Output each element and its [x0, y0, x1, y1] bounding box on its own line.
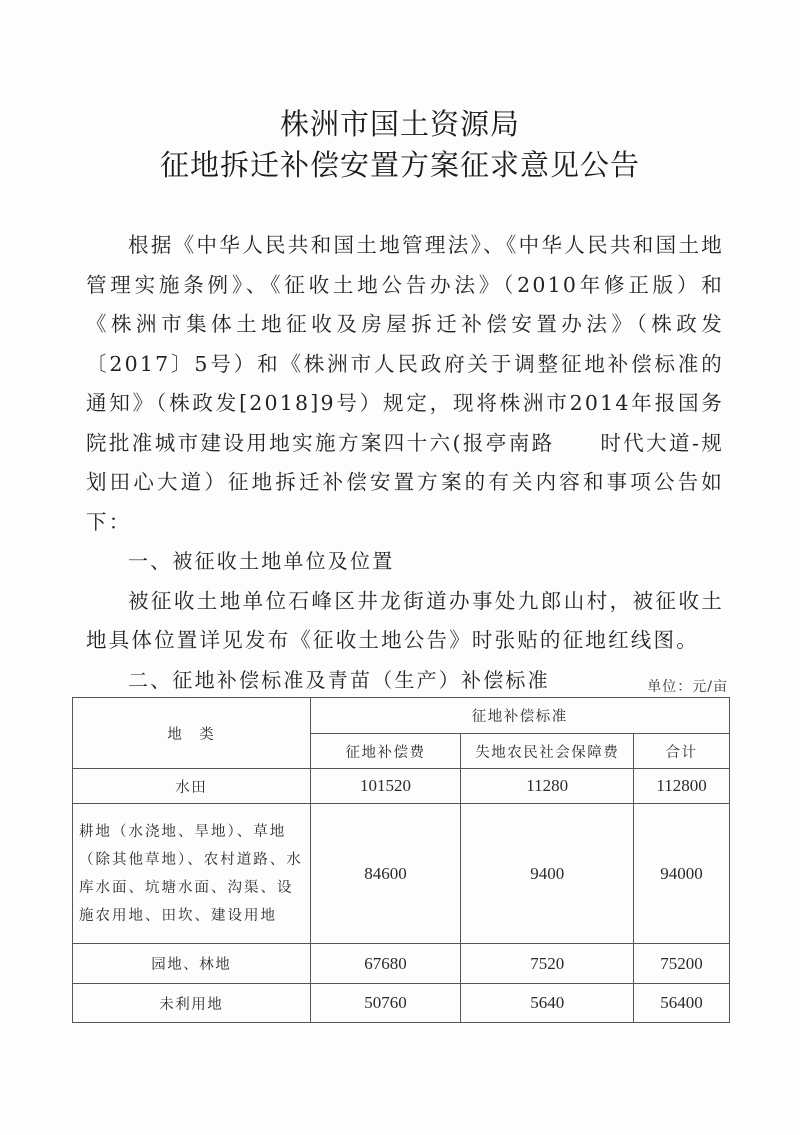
table-row: 园地、林地 67680 7520 75200	[73, 944, 730, 984]
cell-comp: 50760	[310, 984, 461, 1023]
section2-heading: 二、征地补偿标准及青苗（生产）补偿标准	[86, 661, 724, 701]
header-social: 失地农民社会保障费	[461, 734, 634, 769]
cell-total: 75200	[634, 944, 730, 984]
cell-social: 9400	[461, 804, 634, 944]
header-land-type: 地 类	[73, 698, 311, 769]
cell-land-type: 耕地（水浇地、旱地）、草地（除其他草地）、农村道路、水库水面、坑塘水面、沟渠、设…	[73, 804, 311, 944]
table-header-row: 地 类 征地补偿标准	[73, 698, 730, 734]
table-row: 耕地（水浇地、旱地）、草地（除其他草地）、农村道路、水库水面、坑塘水面、沟渠、设…	[73, 804, 730, 944]
document-body: 根据《中华人民共和国土地管理法》、《中华人民共和国土地管理实施条例》、《征收土地…	[86, 226, 724, 700]
cell-social: 11280	[461, 769, 634, 804]
table-row: 未利用地 50760 5640 56400	[73, 984, 730, 1023]
intro-paragraph: 根据《中华人民共和国土地管理法》、《中华人民共和国土地管理实施条例》、《征收土地…	[86, 226, 724, 542]
document-title-line2: 征地拆迁补偿安置方案征求意见公告	[0, 143, 800, 184]
section1-heading: 一、被征收土地单位及位置	[86, 542, 724, 582]
cell-land-type: 园地、林地	[73, 944, 311, 984]
header-comp: 征地补偿费	[310, 734, 461, 769]
unit-label: 单位：元/亩	[647, 676, 728, 696]
cell-social: 7520	[461, 944, 634, 984]
cell-total: 94000	[634, 804, 730, 944]
cell-comp: 84600	[310, 804, 461, 944]
cell-land-type: 水田	[73, 769, 311, 804]
section1-text: 被征收土地单位石峰区井龙街道办事处九郎山村，被征收土地具体位置详见发布《征收土地…	[86, 582, 724, 661]
document-title-line1: 株洲市国土资源局	[0, 102, 800, 143]
compensation-table: 地 类 征地补偿标准 征地补偿费 失地农民社会保障费 合计 水田 101520 …	[72, 697, 730, 1023]
header-total: 合计	[634, 734, 730, 769]
table-row: 水田 101520 11280 112800	[73, 769, 730, 804]
cell-social: 5640	[461, 984, 634, 1023]
cell-land-type: 未利用地	[73, 984, 311, 1023]
cell-comp: 67680	[310, 944, 461, 984]
cell-total: 56400	[634, 984, 730, 1023]
cell-comp: 101520	[310, 769, 461, 804]
cell-total: 112800	[634, 769, 730, 804]
header-group: 征地补偿标准	[310, 698, 729, 734]
